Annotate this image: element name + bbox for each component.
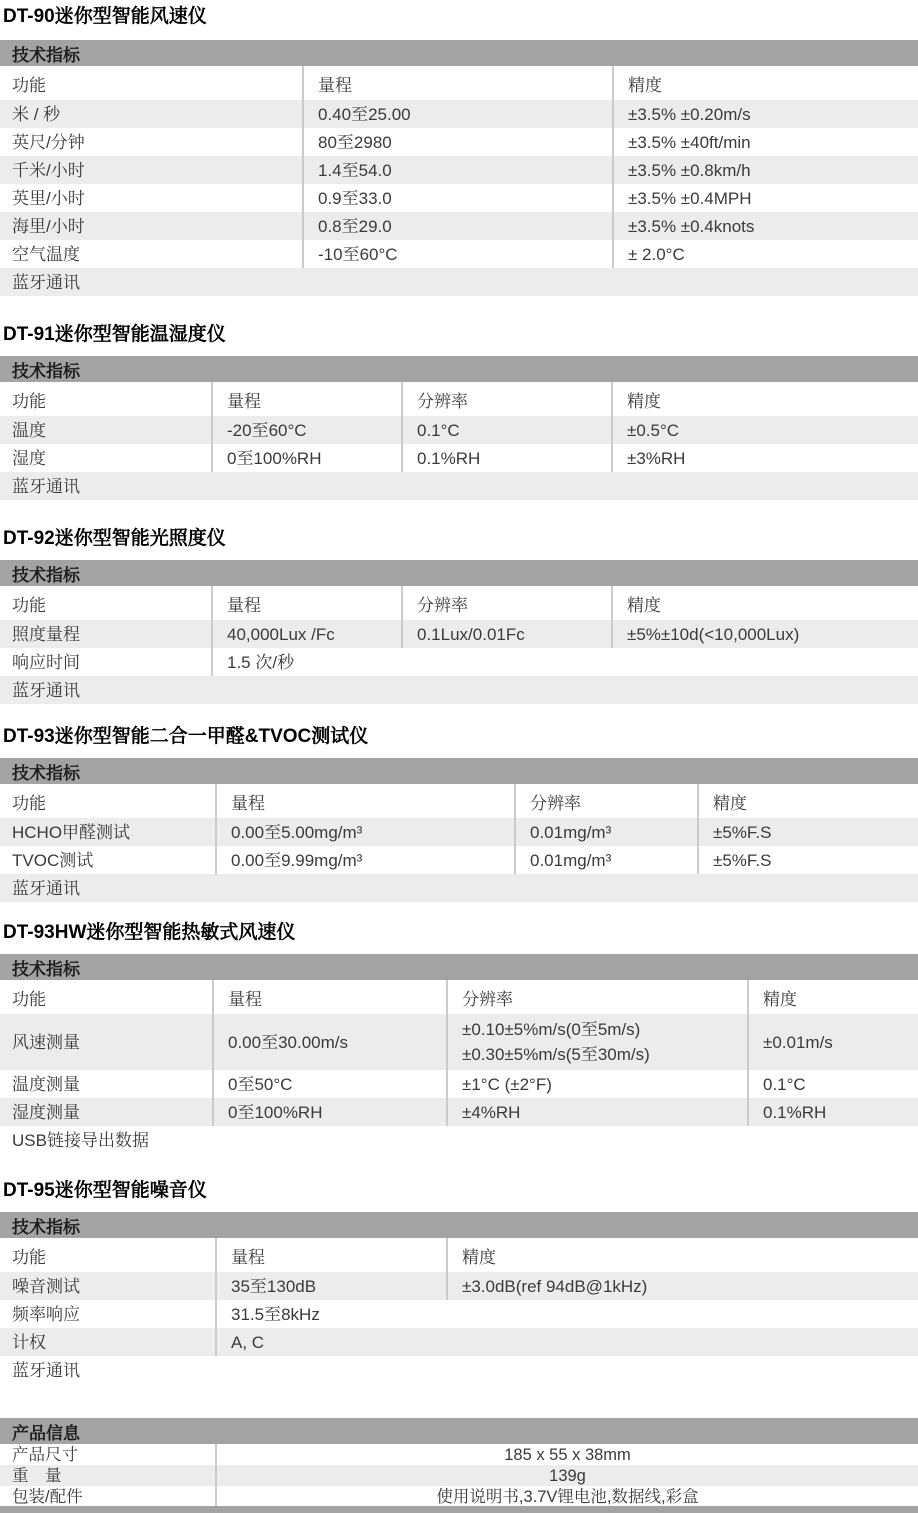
column-header-cell: 量程 — [212, 382, 402, 416]
spec-table: 功能量程分辨率精度照度量程40,000Lux /Fc0.1Lux/0.01Fc±… — [0, 586, 918, 704]
cell-line: ±0.30±5%m/s(5至30m/s) — [462, 1042, 741, 1067]
table-header-row: 功能量程精度 — [0, 66, 918, 100]
table-cell: 0.8至29.0 — [303, 212, 613, 240]
table-cell: ±5%F.S — [698, 818, 918, 846]
table-row: 蓝牙通讯 — [0, 676, 918, 704]
table-row: 重 量139g — [0, 1465, 918, 1486]
table-cell: 使用说明书,3.7V锂电池,数据线,彩盒 — [216, 1486, 918, 1507]
column-header-cell: 量程 — [216, 1238, 447, 1272]
spec-band-header: 技术指标 — [0, 560, 918, 586]
table-row: 噪音测试35至130dB±3.0dB(ref 94dB@1kHz) — [0, 1272, 918, 1300]
table-row: 频率响应31.5至8kHz — [0, 1300, 918, 1328]
column-header-cell: 功能 — [0, 784, 216, 818]
table-cell: 包装/配件 — [0, 1486, 216, 1507]
table-cell: 40,000Lux /Fc — [212, 620, 402, 648]
table-cell: 英里/小时 — [0, 184, 303, 212]
section-dt-91: DT-91迷你型智能温湿度仪技术指标功能量程分辨率精度温度-20至60°C0.1… — [0, 324, 918, 500]
column-header-cell: 精度 — [447, 1238, 918, 1272]
section-dt-93hw: DT-93HW迷你型智能热敏式风速仪技术指标功能量程分辨率精度风速测量0.00至… — [0, 922, 918, 1154]
table-cell: USB链接导出数据 — [0, 1126, 918, 1154]
table-cell: 31.5至8kHz — [216, 1300, 918, 1328]
spec-band-header: 技术指标 — [0, 954, 918, 980]
table-cell: 0.1Lux/0.01Fc — [402, 620, 612, 648]
table-cell: 1.5 次/秒 — [212, 648, 918, 676]
table-cell: 0.01mg/m³ — [515, 818, 698, 846]
table-header-row: 功能量程分辨率精度 — [0, 586, 918, 620]
table-row: 包装/配件使用说明书,3.7V锂电池,数据线,彩盒 — [0, 1486, 918, 1507]
table-cell: 0.00至5.00mg/m³ — [216, 818, 515, 846]
table-row: 米 / 秒0.40至25.00±3.5% ±0.20m/s — [0, 100, 918, 128]
table-cell: 温度 — [0, 416, 212, 444]
table-row: 空气温度-10至60°C± 2.0°C — [0, 240, 918, 268]
table-row: 蓝牙通讯 — [0, 874, 918, 902]
table-cell: 0.40至25.00 — [303, 100, 613, 128]
table-row: 千米/小时1.4至54.0±3.5% ±0.8km/h — [0, 156, 918, 184]
table-cell: ±0.5°C — [612, 416, 918, 444]
column-header-cell: 量程 — [213, 980, 447, 1014]
column-header-cell: 精度 — [698, 784, 918, 818]
table-cell: 产品尺寸 — [0, 1444, 216, 1465]
table-row: 风速测量0.00至30.00m/s±0.10±5%m/s(0至5m/s)±0.3… — [0, 1014, 918, 1070]
spec-table: 功能量程精度米 / 秒0.40至25.00±3.5% ±0.20m/s英尺/分钟… — [0, 66, 918, 296]
table-cell: 0.1%RH — [402, 444, 612, 472]
table-cell: ±4%RH — [447, 1098, 748, 1126]
table-cell: -10至60°C — [303, 240, 613, 268]
table-cell: ±3%RH — [612, 444, 918, 472]
table-cell: TVOC测试 — [0, 846, 216, 874]
table-row: 蓝牙通讯 — [0, 1356, 918, 1384]
spec-table: 功能量程分辨率精度HCHO甲醛测试0.00至5.00mg/m³0.01mg/m³… — [0, 784, 918, 902]
column-header-cell: 精度 — [613, 66, 918, 100]
table-header-row: 功能量程分辨率精度 — [0, 382, 918, 416]
table-cell: -20至60°C — [212, 416, 402, 444]
table-cell: ±3.5% ±0.20m/s — [613, 100, 918, 128]
table-cell: 1.4至54.0 — [303, 156, 613, 184]
table-cell: 蓝牙通讯 — [0, 472, 918, 500]
spec-table: 功能量程精度噪音测试35至130dB±3.0dB(ref 94dB@1kHz)频… — [0, 1238, 918, 1384]
table-cell: ±3.5% ±0.8km/h — [613, 156, 918, 184]
table-cell: 照度量程 — [0, 620, 212, 648]
table-cell: 空气温度 — [0, 240, 303, 268]
table-header-row: 功能量程分辨率精度 — [0, 784, 918, 818]
table-row: 湿度0至100%RH0.1%RH±3%RH — [0, 444, 918, 472]
table-cell: ±3.5% ±0.4MPH — [613, 184, 918, 212]
table-row: HCHO甲醛测试0.00至5.00mg/m³0.01mg/m³±5%F.S — [0, 818, 918, 846]
section-dt-90: DT-90迷你型智能风速仪技术指标功能量程精度米 / 秒0.40至25.00±3… — [0, 6, 918, 296]
spec-band-header: 技术指标 — [0, 1212, 918, 1238]
table-row: 蓝牙通讯 — [0, 268, 918, 296]
table-cell: 0至100%RH — [212, 444, 402, 472]
table-row: 照度量程40,000Lux /Fc0.1Lux/0.01Fc±5%±10d(<1… — [0, 620, 918, 648]
section-title: DT-90迷你型智能风速仪 — [3, 6, 918, 28]
spec-table: 产品尺寸185 x 55 x 38mm重 量139g包装/配件使用说明书,3.7… — [0, 1444, 918, 1507]
column-header-cell: 量程 — [303, 66, 613, 100]
table-cell: 0至50°C — [213, 1070, 447, 1098]
table-cell: 频率响应 — [0, 1300, 216, 1328]
table-cell: 蓝牙通讯 — [0, 1356, 918, 1384]
table-row: 产品尺寸185 x 55 x 38mm — [0, 1444, 918, 1465]
table-cell: 0.1°C — [748, 1070, 918, 1098]
table-cell: 英尺/分钟 — [0, 128, 303, 156]
table-cell: 米 / 秒 — [0, 100, 303, 128]
spec-band-header: 技术指标 — [0, 356, 918, 382]
table-row: 计权A, C — [0, 1328, 918, 1356]
table-cell: 湿度 — [0, 444, 212, 472]
table-cell: 0.00至9.99mg/m³ — [216, 846, 515, 874]
table-row: 海里/小时0.8至29.0±3.5% ±0.4knots — [0, 212, 918, 240]
section-title: DT-92迷你型智能光照度仪 — [3, 528, 918, 550]
column-header-cell: 精度 — [612, 586, 918, 620]
table-cell: ±5%±10d(<10,000Lux) — [612, 620, 918, 648]
cutoff-next-band — [0, 1506, 918, 1513]
table-cell: 0.01mg/m³ — [515, 846, 698, 874]
table-cell: 0.9至33.0 — [303, 184, 613, 212]
table-cell: 湿度测量 — [0, 1098, 213, 1126]
table-cell: 重 量 — [0, 1465, 216, 1486]
table-cell: 0.1°C — [402, 416, 612, 444]
column-header-cell: 分辨率 — [402, 382, 612, 416]
table-row: 英里/小时0.9至33.0±3.5% ±0.4MPH — [0, 184, 918, 212]
section-title: DT-93HW迷你型智能热敏式风速仪 — [3, 922, 918, 944]
table-cell: 蓝牙通讯 — [0, 874, 918, 902]
column-header-cell: 功能 — [0, 382, 212, 416]
table-cell: ± 2.0°C — [613, 240, 918, 268]
column-header-cell: 功能 — [0, 586, 212, 620]
section-dt-95: DT-95迷你型智能噪音仪技术指标功能量程精度噪音测试35至130dB±3.0d… — [0, 1180, 918, 1384]
table-row: 蓝牙通讯 — [0, 472, 918, 500]
table-cell: 千米/小时 — [0, 156, 303, 184]
column-header-cell: 精度 — [612, 382, 918, 416]
table-cell: ±3.5% ±0.4knots — [613, 212, 918, 240]
table-cell: ±3.0dB(ref 94dB@1kHz) — [447, 1272, 918, 1300]
table-cell: 139g — [216, 1465, 918, 1486]
table-header-row: 功能量程分辨率精度 — [0, 980, 918, 1014]
column-header-cell: 功能 — [0, 1238, 216, 1272]
table-row: 温度测量0至50°C±1°C (±2°F)0.1°C — [0, 1070, 918, 1098]
table-cell: ±0.10±5%m/s(0至5m/s)±0.30±5%m/s(5至30m/s) — [447, 1014, 748, 1070]
table-cell: 0至100%RH — [213, 1098, 447, 1126]
table-cell: 0.1%RH — [748, 1098, 918, 1126]
spec-table: 功能量程分辨率精度风速测量0.00至30.00m/s±0.10±5%m/s(0至… — [0, 980, 918, 1154]
table-cell: 蓝牙通讯 — [0, 268, 918, 296]
table-cell: 噪音测试 — [0, 1272, 216, 1300]
spec-table: 功能量程分辨率精度温度-20至60°C0.1°C±0.5°C湿度0至100%RH… — [0, 382, 918, 500]
column-header-cell: 功能 — [0, 980, 213, 1014]
column-header-cell: 量程 — [216, 784, 515, 818]
column-header-cell: 量程 — [212, 586, 402, 620]
spec-band-header: 技术指标 — [0, 758, 918, 784]
table-header-row: 功能量程精度 — [0, 1238, 918, 1272]
table-cell: 80至2980 — [303, 128, 613, 156]
table-cell: 35至130dB — [216, 1272, 447, 1300]
column-header-cell: 精度 — [748, 980, 918, 1014]
cell-line: ±0.10±5%m/s(0至5m/s) — [462, 1017, 741, 1042]
section-title: DT-91迷你型智能温湿度仪 — [3, 324, 918, 346]
section-product: 产品信息产品尺寸185 x 55 x 38mm重 量139g包装/配件使用说明书… — [0, 1418, 918, 1507]
table-row: USB链接导出数据 — [0, 1126, 918, 1154]
column-header-cell: 功能 — [0, 66, 303, 100]
section-title: DT-93迷你型智能二合一甲醛&TVOC测试仪 — [3, 726, 918, 748]
table-cell: ±3.5% ±40ft/min — [613, 128, 918, 156]
table-row: 湿度测量0至100%RH±4%RH0.1%RH — [0, 1098, 918, 1126]
table-row: 温度-20至60°C0.1°C±0.5°C — [0, 416, 918, 444]
table-cell: 响应时间 — [0, 648, 212, 676]
table-cell: ±1°C (±2°F) — [447, 1070, 748, 1098]
spec-band-header: 产品信息 — [0, 1418, 918, 1444]
section-dt-93: DT-93迷你型智能二合一甲醛&TVOC测试仪技术指标功能量程分辨率精度HCHO… — [0, 726, 918, 902]
table-cell: 185 x 55 x 38mm — [216, 1444, 918, 1465]
column-header-cell: 分辨率 — [515, 784, 698, 818]
table-cell: 计权 — [0, 1328, 216, 1356]
table-cell: 温度测量 — [0, 1070, 213, 1098]
section-title: DT-95迷你型智能噪音仪 — [3, 1180, 918, 1202]
column-header-cell: 分辨率 — [402, 586, 612, 620]
table-cell: ±5%F.S — [698, 846, 918, 874]
section-dt-92: DT-92迷你型智能光照度仪技术指标功能量程分辨率精度照度量程40,000Lux… — [0, 528, 918, 704]
table-cell: ±0.01m/s — [748, 1014, 918, 1070]
spec-sheet-document: DT-90迷你型智能风速仪技术指标功能量程精度米 / 秒0.40至25.00±3… — [0, 0, 918, 1513]
column-header-cell: 分辨率 — [447, 980, 748, 1014]
table-cell: 蓝牙通讯 — [0, 676, 918, 704]
table-cell: 风速测量 — [0, 1014, 213, 1070]
table-row: 响应时间1.5 次/秒 — [0, 648, 918, 676]
table-cell: 海里/小时 — [0, 212, 303, 240]
table-cell: HCHO甲醛测试 — [0, 818, 216, 846]
table-cell: 0.00至30.00m/s — [213, 1014, 447, 1070]
spec-band-header: 技术指标 — [0, 40, 918, 66]
table-row: 英尺/分钟80至2980±3.5% ±40ft/min — [0, 128, 918, 156]
table-cell: A, C — [216, 1328, 918, 1356]
table-row: TVOC测试0.00至9.99mg/m³0.01mg/m³±5%F.S — [0, 846, 918, 874]
